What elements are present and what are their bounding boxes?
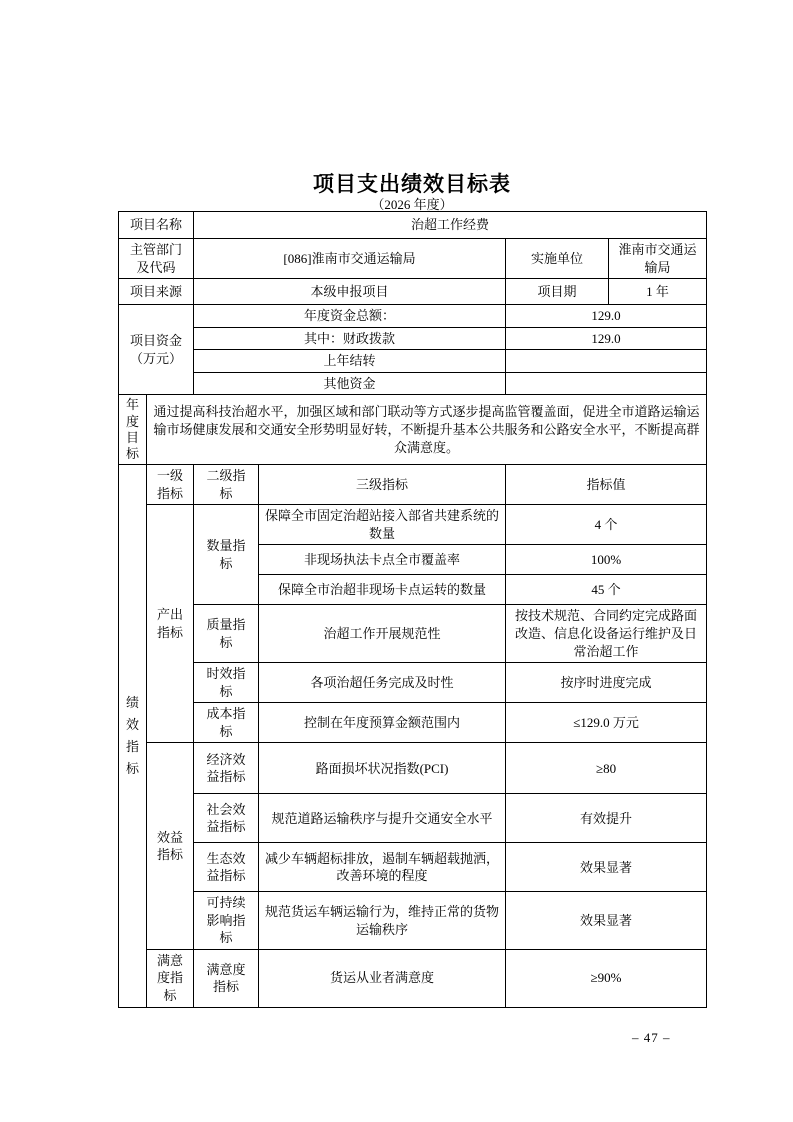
level2-cost: 成本指标: [194, 703, 259, 743]
header-level1: 一级指标: [147, 465, 194, 505]
indicator-value: 45 个: [506, 575, 707, 605]
table-row-indicator: 产出指标 数量指标 保障全市固定治超站接入部省共建系统的数量 4 个: [119, 505, 707, 545]
table-row-funding-fiscal: 其中：财政拨款 129.0: [119, 327, 707, 350]
table-row-annual-goal: 年度目标 通过提高科技治超水平，加强区域和部门联动等方式逐步提高监管覆盖面，促进…: [119, 395, 707, 465]
funding-label: 项目资金（万元）: [119, 305, 194, 395]
indicator-name: 货运从业者满意度: [259, 949, 506, 1007]
level1-output: 产出指标: [147, 505, 194, 743]
indicator-name: 保障全市固定治超站接入部省共建系统的数量: [259, 505, 506, 545]
funding-total-value: 129.0: [506, 305, 707, 328]
page-number: – 47 –: [632, 1030, 671, 1046]
funding-carryover-label: 上年结转: [194, 350, 506, 373]
indicator-value: 4 个: [506, 505, 707, 545]
level1-satisfaction: 满意度指标: [147, 949, 194, 1007]
funding-fiscal-value: 129.0: [506, 327, 707, 350]
table-row-funding-total: 项目资金（万元） 年度资金总额： 129.0: [119, 305, 707, 328]
table-row-funding-other: 其他资金: [119, 372, 707, 395]
table-row-indicator-header: 绩效指标 一级指标 二级指标 三级指标 指标值: [119, 465, 707, 505]
indicator-name: 治超工作开展规范性: [259, 605, 506, 663]
period-label: 项目期: [506, 279, 609, 305]
indicator-value: ≥80: [506, 743, 707, 794]
indicator-value: ≤129.0 万元: [506, 703, 707, 743]
table-row-funding-carryover: 上年结转: [119, 350, 707, 373]
level1-benefit: 效益指标: [147, 743, 194, 950]
header-level2: 二级指标: [194, 465, 259, 505]
project-name-value: 治超工作经费: [194, 212, 707, 239]
level2-sustainability: 可持续影响指标: [194, 892, 259, 950]
table-row-indicator: 质量指标 治超工作开展规范性 按技术规范、合同约定完成路面改造、信息化设备运行维…: [119, 605, 707, 663]
document-page: 项目支出绩效目标表 （2026 年度） 项目名称 治超工作经费 主管部门及代码 …: [0, 0, 793, 1122]
table-row-indicator: 社会效益指标 规范道路运输秩序与提升交通安全水平 有效提升: [119, 794, 707, 843]
annual-goal-label: 年度目标: [119, 395, 147, 465]
indicator-name: 规范道路运输秩序与提升交通安全水平: [259, 794, 506, 843]
indicator-name: 规范货运车辆运输行为，维持正常的货物运输秩序: [259, 892, 506, 950]
indicator-name: 各项治超任务完成及时性: [259, 663, 506, 703]
table-row-indicator: 可持续影响指标 规范货运车辆运输行为，维持正常的货物运输秩序 效果显著: [119, 892, 707, 950]
project-name-label: 项目名称: [119, 212, 194, 239]
performance-target-table: 项目名称 治超工作经费 主管部门及代码 [086]淮南市交通运输局 实施单位 淮…: [118, 211, 707, 1008]
funding-fiscal-label: 其中：财政拨款: [194, 327, 506, 350]
dept-label: 主管部门及代码: [119, 239, 194, 279]
indicator-name: 减少车辆超标排放，遏制车辆超载抛洒，改善环境的程度: [259, 843, 506, 892]
indicator-value: 效果显著: [506, 843, 707, 892]
period-value: 1 年: [609, 279, 707, 305]
indicator-name: 非现场执法卡点全市覆盖率: [259, 545, 506, 575]
header-value: 指标值: [506, 465, 707, 505]
level2-economic: 经济效益指标: [194, 743, 259, 794]
table-row-indicator: 成本指标 控制在年度预算金额范围内 ≤129.0 万元: [119, 703, 707, 743]
funding-other-value: [506, 372, 707, 395]
funding-carryover-value: [506, 350, 707, 373]
indicator-name: 保障全市治超非现场卡点运转的数量: [259, 575, 506, 605]
level2-timeliness: 时效指标: [194, 663, 259, 703]
level2-social: 社会效益指标: [194, 794, 259, 843]
level2-quantity: 数量指标: [194, 505, 259, 605]
indicator-name: 控制在年度预算金额范围内: [259, 703, 506, 743]
table-row-indicator: 时效指标 各项治超任务完成及时性 按序时进度完成: [119, 663, 707, 703]
source-value: 本级申报项目: [194, 279, 506, 305]
source-label: 项目来源: [119, 279, 194, 305]
table-row-indicator: 生态效益指标 减少车辆超标排放，遏制车辆超载抛洒，改善环境的程度 效果显著: [119, 843, 707, 892]
header-level3: 三级指标: [259, 465, 506, 505]
table-row-project-name: 项目名称 治超工作经费: [119, 212, 707, 239]
indicators-side-label: 绩效指标: [119, 465, 147, 1007]
funding-total-label: 年度资金总额：: [194, 305, 506, 328]
level2-satisfaction: 满意度指标: [194, 949, 259, 1007]
table-row-indicator: 效益指标 经济效益指标 路面损坏状况指数(PCI) ≥80: [119, 743, 707, 794]
impl-unit-value: 淮南市交通运输局: [609, 239, 707, 279]
level2-ecological: 生态效益指标: [194, 843, 259, 892]
impl-unit-label: 实施单位: [506, 239, 609, 279]
table-row-dept: 主管部门及代码 [086]淮南市交通运输局 实施单位 淮南市交通运输局: [119, 239, 707, 279]
indicator-value: 按序时进度完成: [506, 663, 707, 703]
funding-other-label: 其他资金: [194, 372, 506, 395]
annual-goal-text: 通过提高科技治超水平，加强区域和部门联动等方式逐步提高监管覆盖面，促进全市道路运…: [147, 395, 707, 465]
table-row-source: 项目来源 本级申报项目 项目期 1 年: [119, 279, 707, 305]
level2-quality: 质量指标: [194, 605, 259, 663]
table-row-indicator: 满意度指标 满意度指标 货运从业者满意度 ≥90%: [119, 949, 707, 1007]
indicator-value: 100%: [506, 545, 707, 575]
indicator-name: 路面损坏状况指数(PCI): [259, 743, 506, 794]
dept-value: [086]淮南市交通运输局: [194, 239, 506, 279]
indicator-value: ≥90%: [506, 949, 707, 1007]
indicator-value: 效果显著: [506, 892, 707, 950]
indicator-value: 按技术规范、合同约定完成路面改造、信息化设备运行维护及日常治超工作: [506, 605, 707, 663]
indicator-value: 有效提升: [506, 794, 707, 843]
